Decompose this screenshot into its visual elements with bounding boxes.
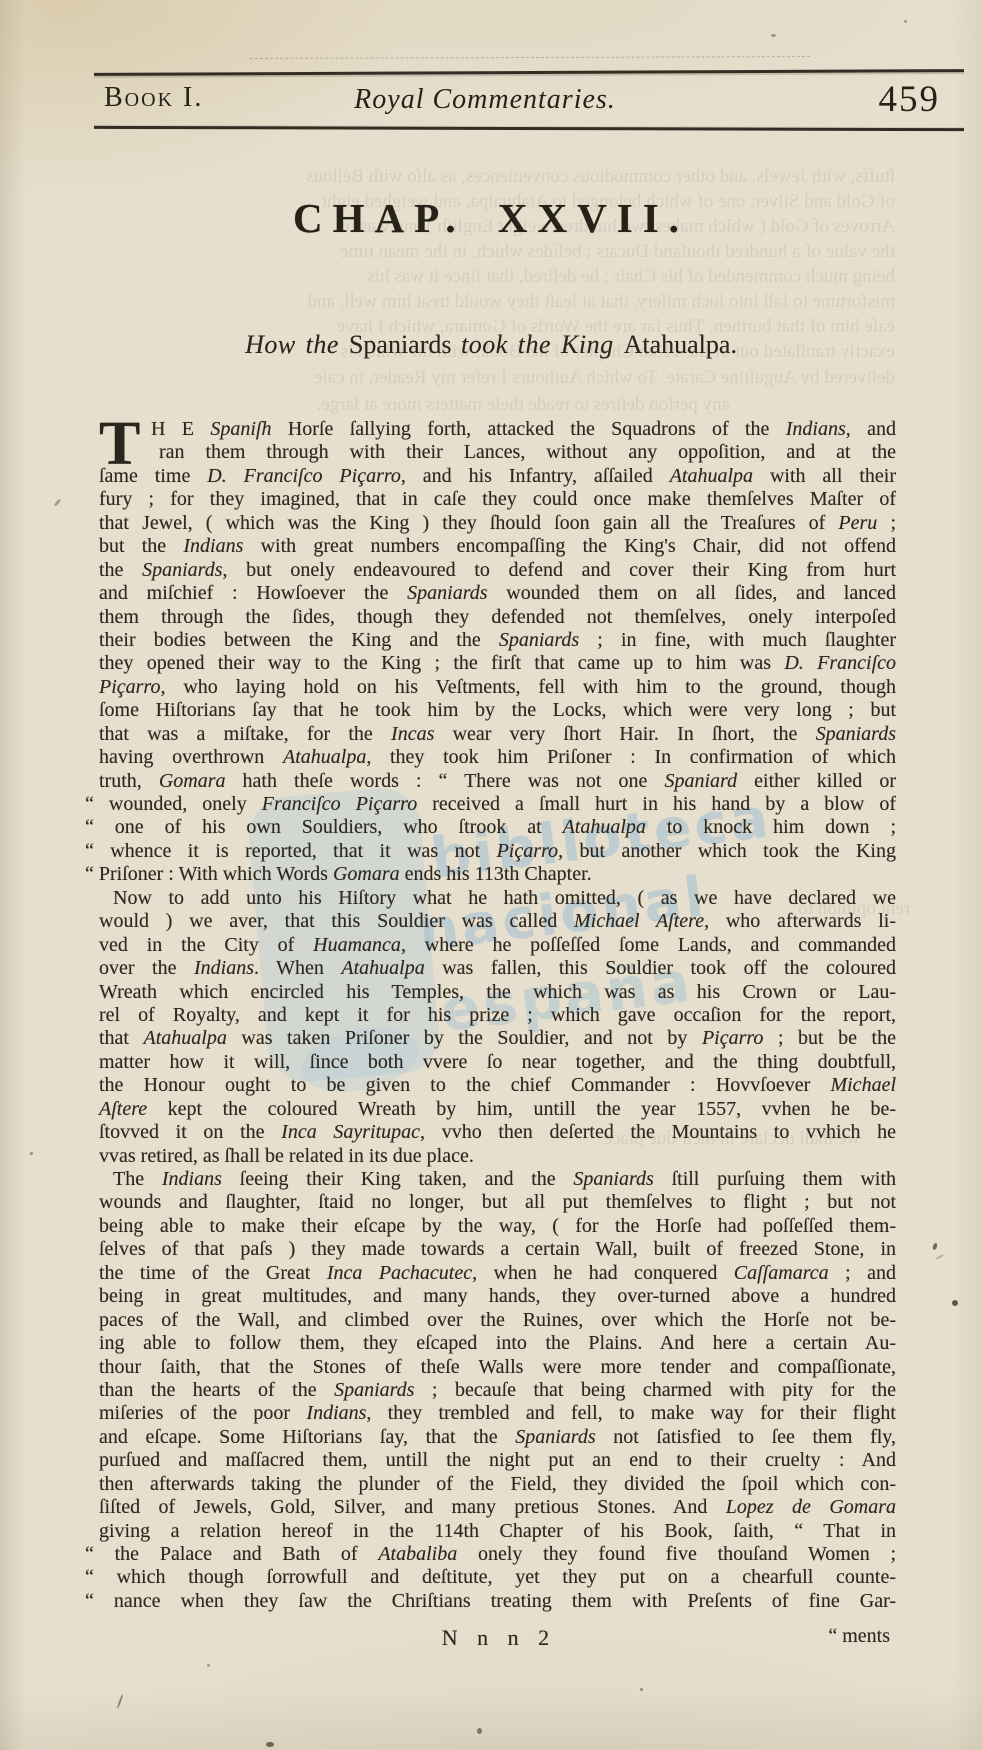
body-line: ran them through with their Lances, with… [99,441,896,464]
ink-speck [932,1243,938,1251]
bleedthrough-line: being much commended of his Chair ; he d… [105,266,895,288]
body-line: having overthrown Atahualpa, they took h… [99,746,896,769]
catchword: “ ments [828,1625,890,1648]
bleedthrough-line: delivered by Auguſtine Carate. To which … [105,367,895,389]
ink-speck [30,1152,33,1155]
page-number: 459 [879,78,941,121]
body-line: “ which though ſorrowfull and deſtitute,… [99,1566,896,1589]
running-head-title: Royal Commentaries. [0,84,970,116]
ink-speck [116,1694,123,1709]
body-line: that was a miſtake, for the Incas wear v… [99,723,896,746]
body-line: and eſcape. Some Hiſtorians ſay, that th… [99,1426,896,1449]
ink-speck [207,1664,210,1667]
body-line: would ) we aver, that this Souldier was … [99,910,896,933]
body-line: wounds and ſlaughter, ſtaid no longer, b… [99,1191,896,1214]
signature-mark: N n n 2 [99,1625,896,1651]
body-line: giving a relation hereof in the 114th Ch… [99,1520,896,1543]
body-line: ſtovved it on the Inca Sayritupac, vvho … [99,1121,896,1144]
body-line: H E Spaniſh Horſe ſallying forth, attack… [99,418,896,441]
body-line: their bodies between the King and the Sp… [99,629,896,652]
bleedthrough-line: any perſon deſires to reade theſe matter… [300,394,730,416]
body-line: that Atahualpa was taken Priſoner by the… [99,1027,896,1050]
faint-rule [250,56,810,59]
body-line: paces of the Wall, and climbed over the … [99,1309,896,1332]
body-line: being in great multitudes, and many hand… [99,1285,896,1308]
ink-speck [904,20,907,23]
body-line: Wreath which encircled his Temples, the … [99,981,896,1004]
body-line: Piçarro, who laying hold on his Veſtment… [99,676,896,699]
body-line: they opened their way to the King ; the … [99,652,896,675]
chapter-subtitle: How the Spaniards took the King Atahualp… [0,330,982,360]
body-line: ſame time D. Franciſco Piçarro, and his … [99,465,896,488]
bleedthrough-line: ſtuffs, with Jewels, and other commodiou… [105,166,895,188]
body-line: ved in the City of Huamanca, where he po… [99,934,896,957]
body-line: Now to add unto his Hiſtory what he hath… [99,887,896,910]
body-line: being able to make their eſcape by the w… [99,1215,896,1238]
body-line: vvas retired, as ſhall be related in its… [99,1145,896,1168]
body-line: The Indians ſeeing their King taken, and… [99,1168,896,1191]
body-line: the Spaniards, but onely endeavoured to … [99,559,896,582]
body-line: “ whence it is reported, that it was not… [99,840,896,863]
header-rule-bottom [94,126,964,131]
body-line: purſued and maſſacred them, untill the n… [99,1449,896,1472]
body-line: the Honour ought to be given to the chie… [99,1074,896,1097]
ink-speck [952,1300,958,1306]
body-line: truth, Gomara hath theſe words : “ There… [99,770,896,793]
body-line: ſiſted of Jewels, Gold, Silver, and many… [99,1496,896,1519]
ink-speck [54,498,62,507]
bleedthrough-line: misfortune to fall into ſuch miſery, tha… [105,291,895,313]
body-line: “ nance when they ſaw the Chriſtians tre… [99,1590,896,1613]
body-line: that Jewel, ( which was the King ) they … [99,512,896,535]
ink-speck [640,1688,643,1691]
body-line: Aſtere kept the coloured Wreath by him, … [99,1098,896,1121]
body-line: and miſchief : Howſoever the Spaniards w… [99,582,896,605]
body-text: T H E Spaniſh Horſe ſallying forth, atta… [99,418,896,1613]
body-line: then afterwards taking the plunder of th… [99,1473,896,1496]
body-line: fury ; for they imagined, that in caſe t… [99,488,896,511]
body-line: “ Priſoner : With which Words Gomara end… [99,863,896,886]
body-line: them through the ſides, though they defe… [99,606,896,629]
body-line: the time of the Great Inca Pachacutec, w… [99,1262,896,1285]
signature-line: N n n 2 “ ments [99,1625,896,1651]
drop-cap: T [99,413,140,475]
ink-speck [477,1728,482,1734]
body-line: “ the Palace and Bath of Atabaliba onely… [99,1543,896,1566]
body-line: “ wounded, onely Franciſco Piçarro recei… [99,793,896,816]
ink-speck [266,1742,274,1747]
body-line: over the Indians. When Atahualpa was fal… [99,957,896,980]
body-line: matter how it will, ſince both vvere ſo … [99,1051,896,1074]
ink-speck [935,1254,944,1260]
body-line: “ one of his own Souldiers, who ſtrook a… [99,816,896,839]
book-page-scan: ſtuffs, with Jewels, and other commodiou… [0,0,982,1750]
body-line: thour ſaith, that the Stones of theſe Wa… [99,1356,896,1379]
body-line: miſeries of the poor Indians, they tremb… [99,1402,896,1425]
ink-speck [771,34,776,37]
body-line: ing able to follow them, they eſcaped in… [99,1332,896,1355]
bleedthrough-line: the value of a hundred thouſand Ducats ;… [105,241,895,263]
body-line: ſome Hiſtorians ſay that he took him by … [99,699,896,722]
body-line: ſelves of that paſs ) they made towards … [99,1238,896,1261]
body-line: but the Indians with great numbers encom… [99,535,896,558]
header-rule-top [94,69,964,76]
body-line: than the hearts of the Spaniards ; becau… [99,1379,896,1402]
body-line: rel of Royalty, and kept it for his priz… [99,1004,896,1027]
chapter-heading: CHAP. XXVII. [0,194,982,242]
